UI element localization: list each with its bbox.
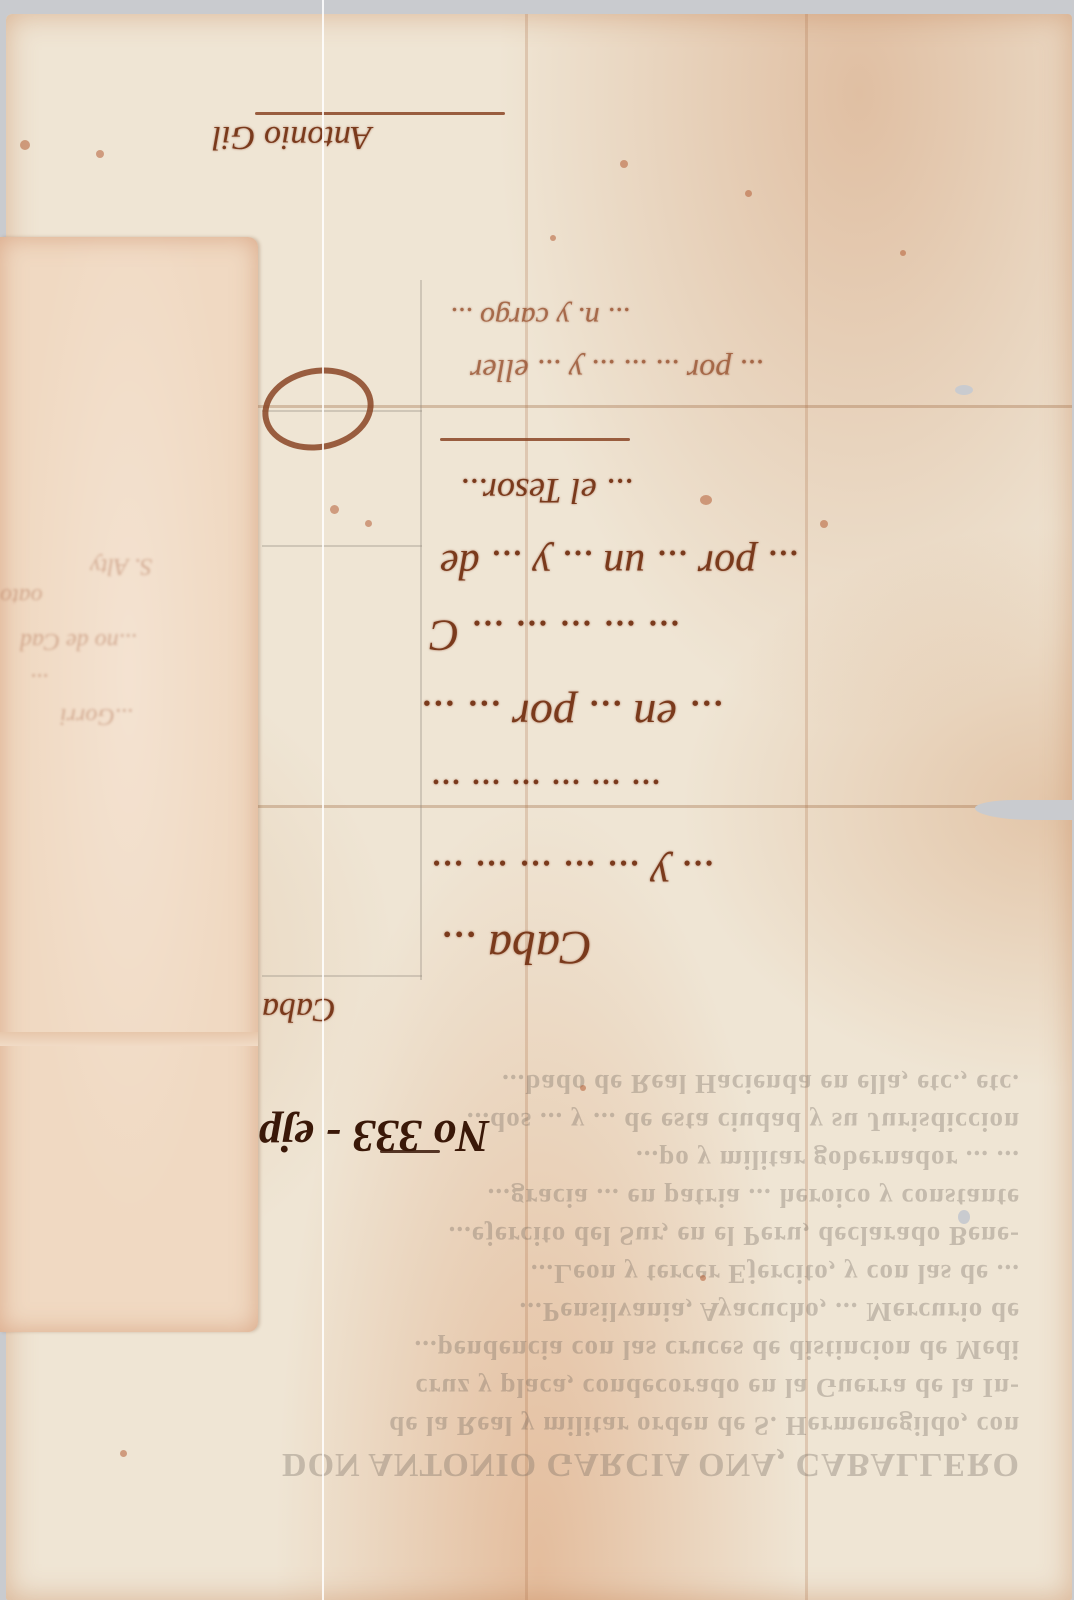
foxing-spot — [700, 1275, 706, 1281]
foxing-spot — [700, 495, 712, 505]
foxing-spot — [820, 520, 828, 528]
print-line: DON ANTONIO GARCIA ONA, CABALLERO — [60, 1445, 1020, 1483]
form-box-line — [420, 280, 422, 980]
print-line: ...pendencia con las cruces de distincio… — [60, 1331, 1020, 1369]
handwriting-line: ... en ... por ... ... — [420, 690, 723, 743]
underline-rule — [255, 112, 505, 115]
catalog-number: No 333 - ejp — [258, 1110, 489, 1163]
handwriting-line: ... ... ... ... ... ... — [430, 770, 660, 817]
foxing-spot — [330, 505, 339, 514]
foxing-spot — [365, 520, 372, 527]
foxing-spot — [550, 235, 556, 241]
handwriting-fragment: Caba — [262, 990, 336, 1028]
top-annotation: Antonio Gil — [212, 118, 372, 156]
print-line: cruz y placa, condecorado en la Guerra d… — [60, 1369, 1020, 1407]
handwriting-line: ... por ... ... ... y ... eller — [470, 352, 763, 389]
handwriting-line: ... el Tesor... — [460, 470, 633, 512]
slip-line: oato — [0, 582, 43, 609]
slip-line: ... — [30, 667, 48, 694]
handwriting-line: ... n. y cargo ... — [450, 300, 630, 334]
paper-hole — [958, 1210, 970, 1224]
dash-mark — [380, 1150, 440, 1153]
print-line: de la Real y militar orden de S. Hermene… — [60, 1407, 1020, 1445]
foxing-spot — [20, 140, 30, 150]
slip-line: ...Gorri — [60, 702, 133, 729]
slip-crease — [0, 1032, 258, 1046]
attached-slip: S. Alty oato ...no de Cad ... ...Gorri — [0, 237, 258, 1332]
paper-hole — [955, 385, 973, 395]
foxing-spot — [620, 160, 628, 168]
slip-line: S. Alty — [90, 552, 152, 579]
foxing-spot — [900, 250, 906, 256]
form-box-line — [262, 975, 422, 977]
foxing-spot — [580, 1085, 586, 1091]
foxing-spot — [96, 150, 104, 158]
slip-line: ...no de Cad — [20, 627, 137, 654]
foxing-spot — [120, 1450, 127, 1457]
handwriting-line: Caba ... — [440, 920, 592, 975]
handwriting-line: ... por ... un ... y ... de — [440, 540, 798, 588]
underline-rule — [440, 438, 630, 441]
form-box-line — [262, 545, 422, 547]
scan-artifact-line — [322, 0, 324, 1600]
foxing-spot — [745, 190, 752, 197]
handwriting-line: ... y ... ... ... ... ... — [430, 850, 714, 901]
handwriting-line: ... ... ... ... ... C — [430, 610, 679, 661]
